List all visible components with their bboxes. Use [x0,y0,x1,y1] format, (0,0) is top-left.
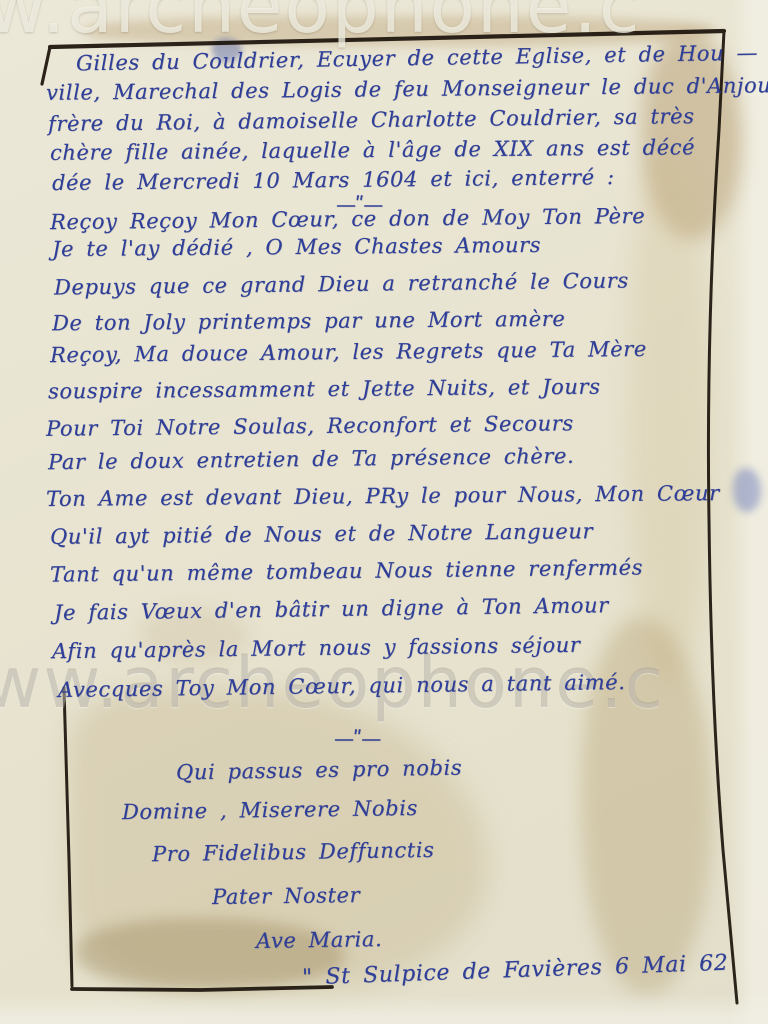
manuscript-photo: w.archeophone.c ww.archeophone.c Gilles … [0,0,768,1024]
photo-vignette [0,0,768,1024]
